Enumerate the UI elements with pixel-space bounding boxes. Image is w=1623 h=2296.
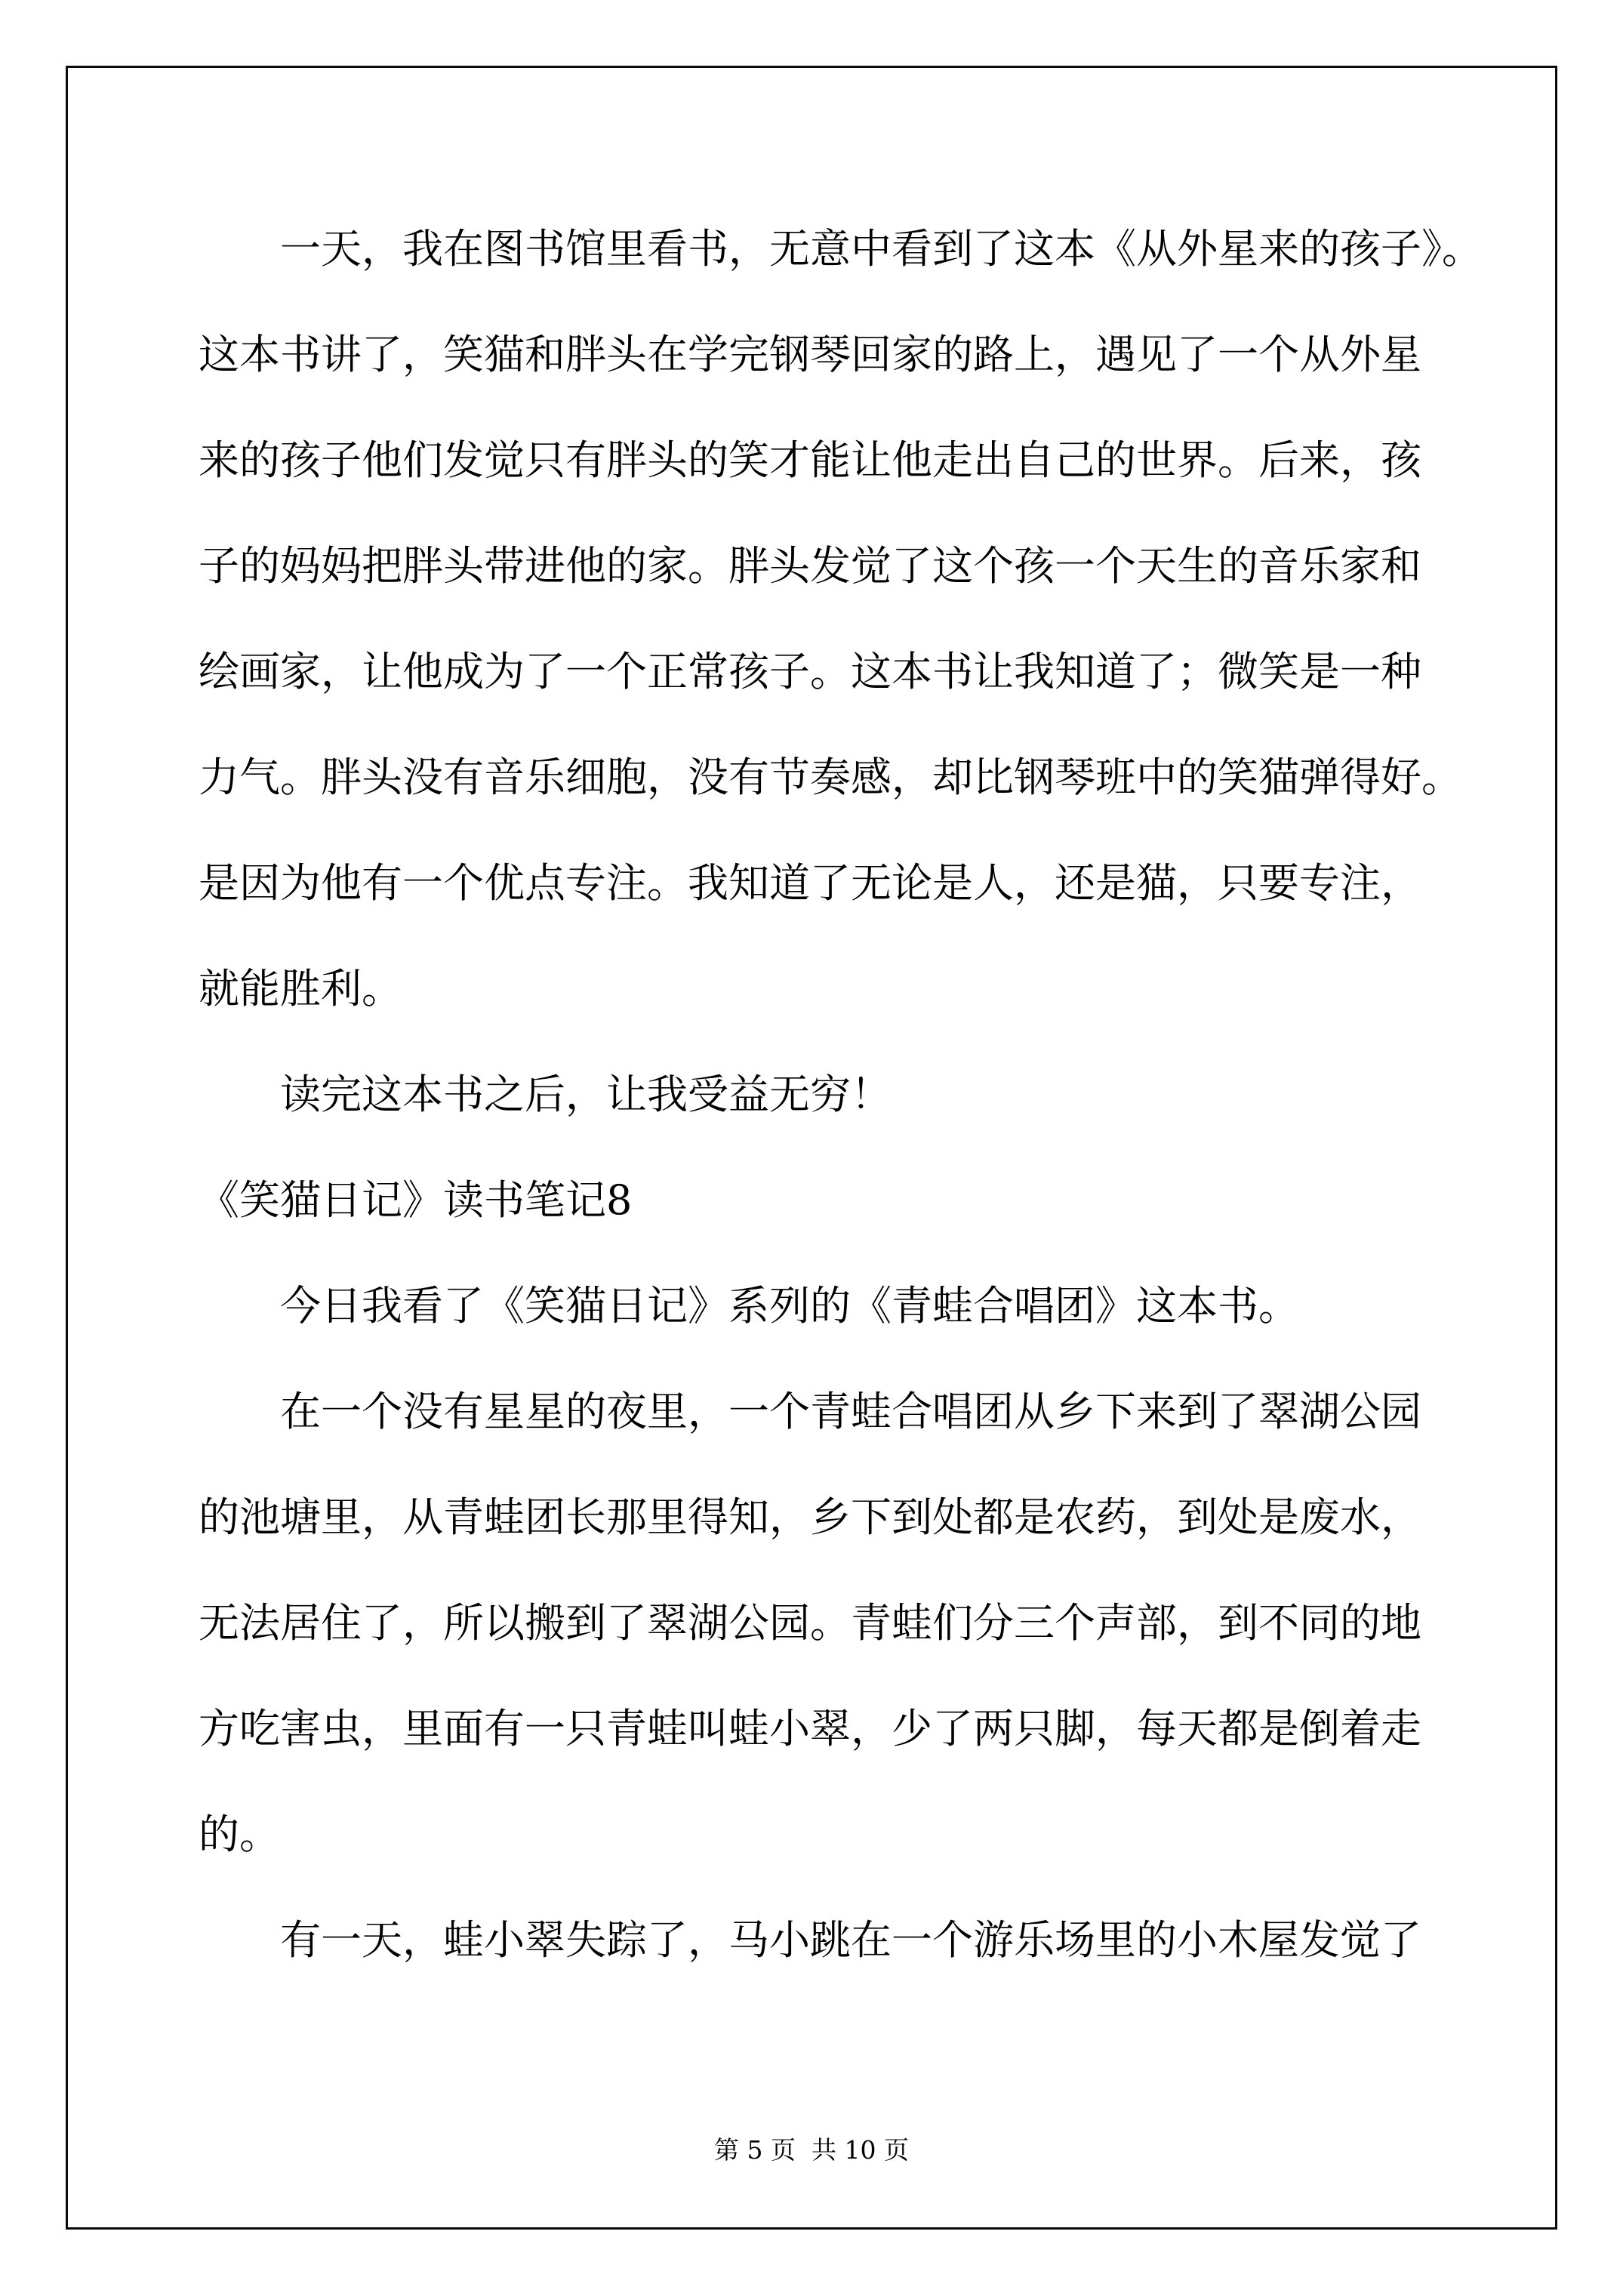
document-line: 绘画家，让他成为了一个正常孩子。这本书让我知道了；微笑是一种 [199,619,1514,725]
document-line: 一天，我在图书馆里看书，无意中看到了这本《从外星来的孩子》。 [199,196,1514,302]
document-line: 就能胜利。 [199,936,1514,1042]
section-heading-line: 《笑猫日记》读书笔记8 [199,1148,1514,1253]
document-line: 这本书讲了，笑猫和胖头在学完钢琴回家的路上，遇见了一个从外星 [199,302,1514,408]
document-line: 读完这本书之后，让我受益无穷！ [199,1042,1514,1148]
document-line: 无法居住了，所以搬到了翠湖公园。青蛙们分三个声部，到不同的地 [199,1570,1514,1676]
document-line: 的。 [199,1782,1514,1888]
document-line: 方吃害虫，里面有一只青蛙叫蛙小翠，少了两只脚，每天都是倒着走 [199,1676,1514,1782]
document-line: 今日我看了《笑猫日记》系列的《青蛙合唱团》这本书。 [199,1253,1514,1359]
document-body: 一天，我在图书馆里看书，无意中看到了这本《从外星来的孩子》。 这本书讲了，笑猫和… [199,196,1514,1993]
document-line: 来的孩子他们发觉只有胖头的笑才能让他走出自己的世界。后来，孩 [199,408,1514,513]
document-line: 子的妈妈把胖头带进他的家。胖头发觉了这个孩一个天生的音乐家和 [199,513,1514,619]
document-page: { "document": { "lines": [ { "text": "一天… [0,0,1623,2296]
document-line: 在一个没有星星的夜里，一个青蛙合唱团从乡下来到了翠湖公园 [199,1359,1514,1465]
page-footer: 第 5 页 共 10 页 [0,2134,1623,2167]
document-line: 力气。胖头没有音乐细胞，没有节奏感，却比钢琴班中的笑猫弹得好。 [199,725,1514,831]
document-line: 的池塘里，从青蛙团长那里得知，乡下到处都是农药，到处是废水， [199,1465,1514,1570]
document-line: 有一天，蛙小翠失踪了，马小跳在一个游乐场里的小木屋发觉了 [199,1888,1514,1993]
document-line: 是因为他有一个优点专注。我知道了无论是人，还是猫，只要专注， [199,831,1514,936]
